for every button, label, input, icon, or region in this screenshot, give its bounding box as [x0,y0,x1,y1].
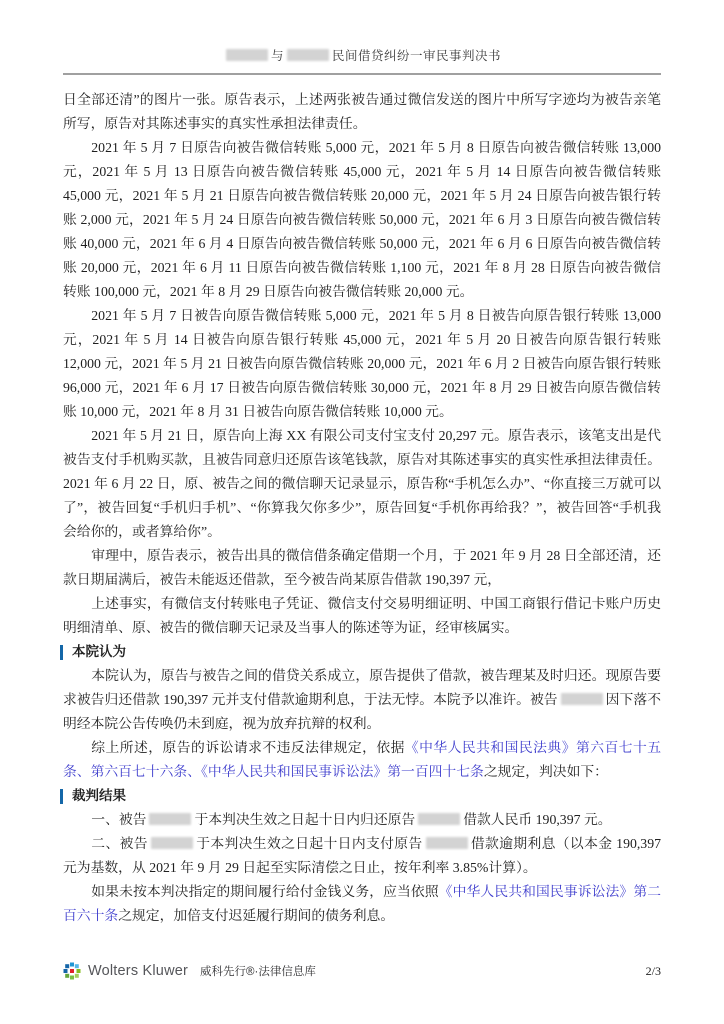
redacted-name [226,49,268,61]
text-run: 日全部还清”的图片一张。原告表示，上述两张被告通过微信发送的图片中所写字迹均为被… [63,92,661,131]
paragraph: 本院认为，原告与被告之间的借贷关系成立，原告提供了借款，被告理某及时归还。现原告… [63,664,661,736]
statute-link-separator: 、 [187,764,201,779]
section-heading-label: 本院认为 [72,640,126,664]
statute-link[interactable]: 《中华人民共和国民事诉讼法》 [439,884,634,899]
text-run: 与 [271,49,284,63]
statute-link[interactable]: 《中华人民共和国民事诉讼法》 [201,764,387,779]
redacted-name [561,693,603,705]
section-bar-icon [60,789,63,804]
redacted-name [426,837,468,849]
statute-link[interactable]: 《中华人民共和国民法典》 [405,740,576,755]
text-run: 上述事实，有微信支付转账电子凭证、微信支付交易明细证明、中国工商银行借记卡账户历… [63,596,661,635]
document-page: 与民间借贷纠纷一审民事判决书 日全部还清”的图片一张。原告表示，上述两张被告通过… [0,0,724,1024]
text-run: 2021 年 5 月 7 日被告向原告微信转账 5,000 元，2021 年 5… [63,308,661,419]
text-run: 2021 年 5 月 7 日原告向被告微信转账 5,000 元，2021 年 5… [63,140,661,299]
redacted-name [151,837,193,849]
redacted-name [149,813,191,825]
text-run: 审理中，原告表示，被告出具的微信借条确定借期一个月，于 2021 年 9 月 2… [63,548,661,587]
paragraph: 2021 年 5 月 7 日原告向被告微信转账 5,000 元，2021 年 5… [63,136,661,304]
header-divider [63,73,661,75]
text-run: 如果未按本判决指定的期间履行给付金钱义务，应当依照 [91,884,438,899]
document-title: 与民间借贷纠纷一审民事判决书 [0,46,724,64]
text-run: 2021 年 5 月 21 日，原告向上海 XX 有限公司支付宝支付 20,29… [63,428,661,539]
text-run: 之规定，加倍支付迟延履行期间的债务利息。 [118,908,394,923]
text-run: 二、被告 [91,836,148,851]
text-run: 综上所述，原告的诉讼请求不违反法律规定，依据 [91,740,405,755]
paragraph: 2021 年 5 月 21 日，原告向上海 XX 有限公司支付宝支付 20,29… [63,424,661,544]
section-heading: 裁判结果 [60,784,661,808]
product-name: 威科先行®·法律信息库 [200,963,316,979]
statute-link[interactable]: 第一百四十七条 [387,764,484,779]
paragraph: 审理中，原告表示，被告出具的微信借条确定借期一个月，于 2021 年 9 月 2… [63,544,661,592]
paragraph: 一、被告于本判决生效之日起十日内归还原告借款人民币 190,397 元。 [63,808,661,832]
text-run: 民间借贷纠纷一审民事判决书 [332,49,501,63]
redacted-name [287,49,329,61]
wolters-kluwer-logo-icon [63,962,81,980]
brand-name: Wolters Kluwer [88,963,188,979]
statute-link[interactable]: 第六百七十六条 [91,764,188,779]
text-run: 于本判决生效之日起十日内归还原告 [194,812,415,827]
paragraph: 如果未按本判决指定的期间履行给付金钱义务，应当依照《中华人民共和国民事诉讼法》第… [63,880,661,928]
text-run: 之规定，判决如下： [484,764,608,779]
paragraph: 日全部还清”的图片一张。原告表示，上述两张被告通过微信发送的图片中所写字迹均为被… [63,88,661,136]
statute-link-separator: 、 [77,764,91,779]
redacted-name [418,813,460,825]
section-bar-icon [60,645,63,660]
document-footer: Wolters Kluwer 威科先行®·法律信息库 2/3 [63,962,661,980]
document-header: 与民间借贷纠纷一审民事判决书 [0,0,724,75]
footer-brand-group: Wolters Kluwer 威科先行®·法律信息库 [63,962,316,980]
section-heading: 本院认为 [60,640,661,664]
text-run: 于本判决生效之日起十日内支付原告 [196,836,423,851]
page-number: 2/3 [646,964,661,979]
section-heading-label: 裁判结果 [72,784,126,808]
document-body: 日全部还清”的图片一张。原告表示，上述两张被告通过微信发送的图片中所写字迹均为被… [63,88,661,928]
paragraph: 综上所述，原告的诉讼请求不违反法律规定，依据《中华人民共和国民法典》第六百七十五… [63,736,661,784]
paragraph: 二、被告于本判决生效之日起十日内支付原告借款逾期利息（以本金 190,397 元… [63,832,661,880]
text-run: 一、被告 [91,812,146,827]
text-run: 借款人民币 190,397 元。 [463,812,611,827]
paragraph: 2021 年 5 月 7 日被告向原告微信转账 5,000 元，2021 年 5… [63,304,661,424]
paragraph: 上述事实，有微信支付转账电子凭证、微信支付交易明细证明、中国工商银行借记卡账户历… [63,592,661,640]
